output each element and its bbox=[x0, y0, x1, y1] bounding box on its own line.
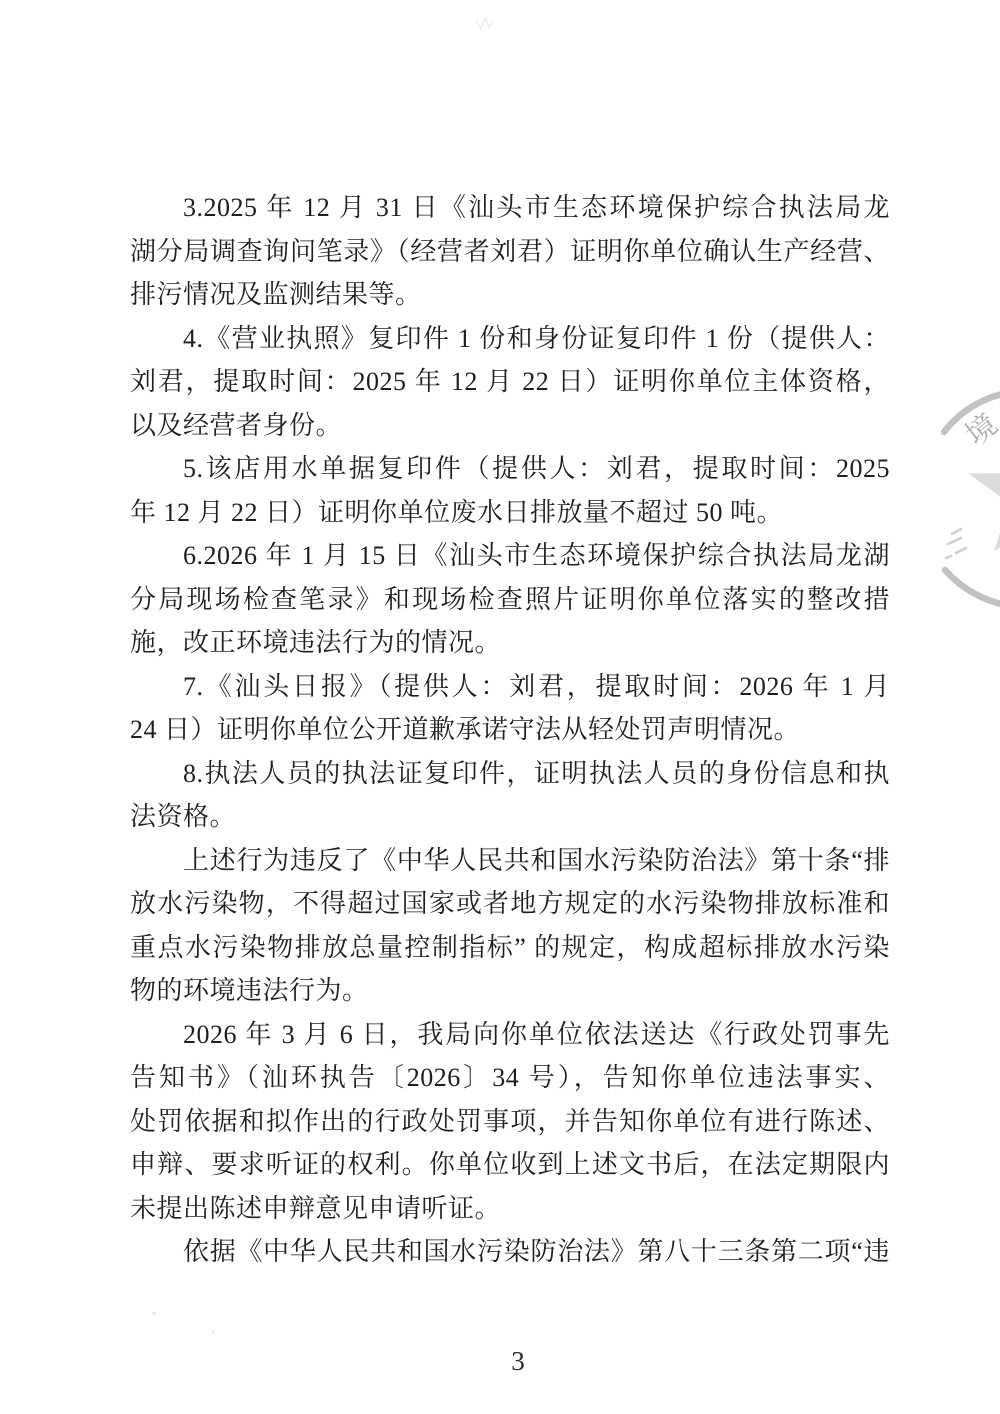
doc-line: 处罚依据和拟作出的行政处罚事项，并告知你单位有进行陈述、 bbox=[130, 1100, 890, 1144]
doc-line: 刘君，提取时间：2025 年 12 月 22 日）证明你单位主体资格， bbox=[130, 360, 890, 404]
doc-line: 排污情况及监测结果等。 bbox=[130, 273, 890, 317]
document-body: 3.2025 年 12 月 31 日《汕头市生态环境保护综合执法局龙湖分局调查询… bbox=[130, 186, 890, 1274]
doc-line: 3.2025 年 12 月 31 日《汕头市生态环境保护综合执法局龙 bbox=[130, 186, 890, 230]
doc-line: 7.《汕头日报》（提供人：刘君，提取时间：2026 年 1 月 bbox=[130, 665, 890, 709]
doc-line: 告知书》（汕环执告〔2026〕34 号），告知你单位违法事实、 bbox=[130, 1056, 890, 1100]
doc-line: 物的环境违法行为。 bbox=[130, 969, 890, 1013]
doc-line: 法资格。 bbox=[130, 795, 890, 839]
page-number: 3 bbox=[0, 1346, 1000, 1377]
doc-line: 5.该店用水单据复印件（提供人：刘君，提取时间：2025 bbox=[130, 447, 890, 491]
doc-line: 湖分局调查询问笔录》（经营者刘君）证明你单位确认生产经营、 bbox=[130, 230, 890, 274]
doc-line: 上述行为违反了《中华人民共和国水污染防治法》第十条“排 bbox=[130, 839, 890, 883]
seal-faint-strokes bbox=[946, 529, 966, 558]
doc-line: 分局现场检查笔录》和现场检查照片证明你单位落实的整改措 bbox=[130, 578, 890, 622]
doc-line: 24 日）证明你单位公开道歉承诺守法从轻处罚声明情况。 bbox=[130, 708, 890, 752]
doc-line: 重点水污染物排放总量控制指标” 的规定，构成超标排放水污染 bbox=[130, 926, 890, 970]
doc-line: 依据《中华人民共和国水污染防治法》第八十三条第二项“违 bbox=[130, 1230, 890, 1274]
doc-line: 8.执法人员的执法证复印件，证明执法人员的身份信息和执 bbox=[130, 752, 890, 796]
doc-line: 6.2026 年 1 月 15 日《汕头市生态环境保护综合执法局龙湖 bbox=[130, 534, 890, 578]
doc-line: 4.《营业执照》复印件 1 份和身份证复印件 1 份（提供人： bbox=[130, 317, 890, 361]
doc-line: 年 12 月 22 日）证明你单位废水日排放量不超过 50 吨。 bbox=[130, 491, 890, 535]
doc-line: 施，改正环境违法行为的情况。 bbox=[130, 621, 890, 665]
scan-smudge bbox=[472, 16, 502, 42]
doc-line: 以及经营者身份。 bbox=[130, 404, 890, 448]
doc-line: 2026 年 3 月 6 日，我局向你单位依法送达《行政处罚事先 bbox=[130, 1013, 890, 1057]
doc-line: 未提出陈述申辩意见申请听证。 bbox=[130, 1187, 890, 1231]
doc-line: 放水污染物，不得超过国家或者地方规定的水污染物排放标准和 bbox=[130, 882, 890, 926]
scan-speck bbox=[212, 1330, 215, 1333]
official-seal-stamp: 境 bbox=[930, 372, 1000, 608]
scan-speck bbox=[152, 1312, 156, 1315]
seal-ring-bottom-arc bbox=[945, 570, 1000, 606]
scanned-document-page: 3.2025 年 12 月 31 日《汕头市生态环境保护综合执法局龙湖分局调查询… bbox=[0, 0, 1000, 1414]
doc-line: 申辩、要求听证的权利。你单位收到上述文书后，在法定期限内 bbox=[130, 1143, 890, 1187]
